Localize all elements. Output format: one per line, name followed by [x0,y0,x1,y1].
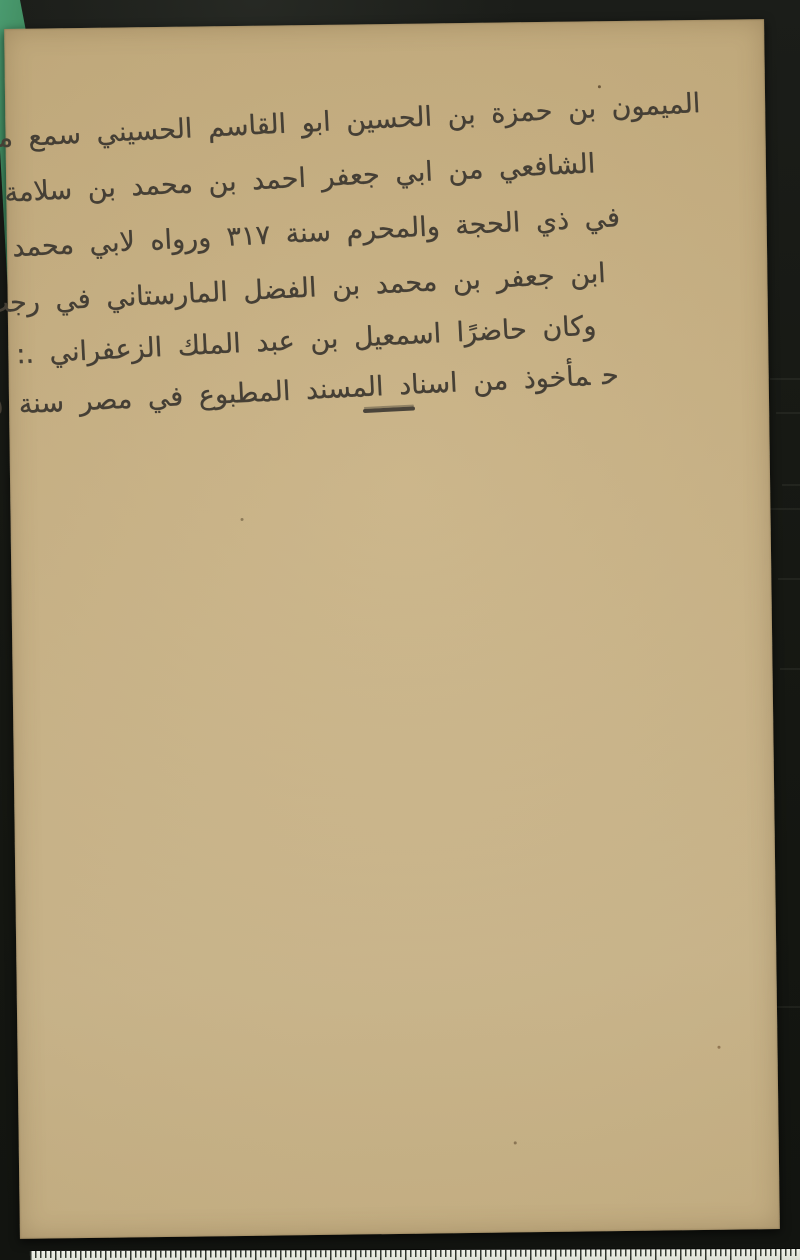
background-seam [776,412,800,414]
background-seam [782,484,800,486]
margin-mark: ح [601,359,619,391]
background-seam [770,508,800,510]
manuscript-page: الميمون بن حمزة بن الحسين ابو القاسم الح… [4,19,780,1239]
background-seam [778,578,800,580]
paper-speck [598,85,601,88]
paper-speck [514,1141,517,1144]
paper-speck [717,1046,720,1049]
background-seam [770,378,800,380]
background-seam [780,668,800,670]
handwritten-text-block: الميمون بن حمزة بن الحسين ابو القاسم الح… [44,76,715,428]
paper-speck [241,518,244,521]
scan-background: الميمون بن حمزة بن الحسين ابو القاسم الح… [0,0,800,1260]
millimeter-ruler [30,1249,800,1260]
background-seam [774,1006,800,1008]
